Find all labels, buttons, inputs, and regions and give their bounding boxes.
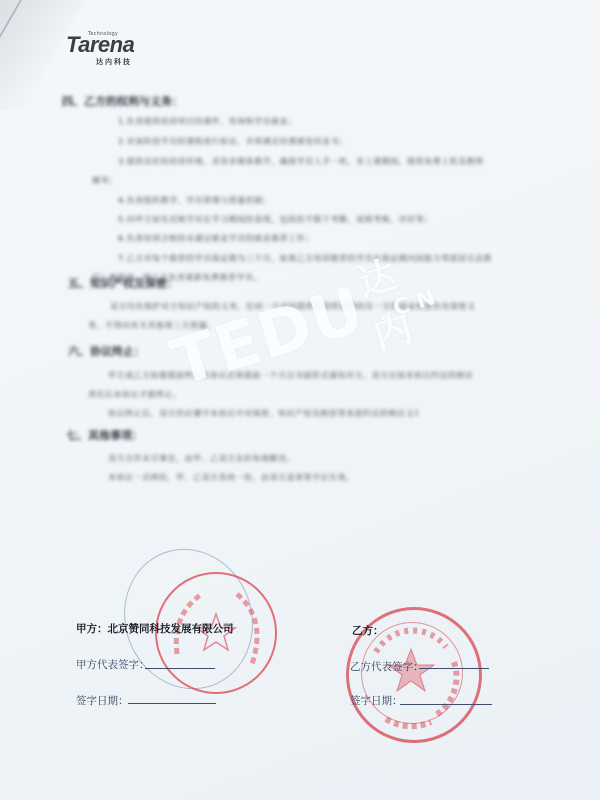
section-line: 甲方或乙方如要提前终止本协议必须提前一个月以书面形式通知对方，双方应按本协议约定… <box>108 370 518 381</box>
party-a-label: 甲方：北京赞同科技发展有限公司 <box>76 621 234 636</box>
section-line: 4.负责组织教学、学员管理与质量控制； <box>118 195 318 206</box>
party-a-date-label: 签字日期： <box>76 693 129 708</box>
section-line: 1.负责提供培训项目的课件、咨询和学员就业； <box>118 116 378 127</box>
section-line: 6.负责培训合格的未通过就业学员的就业推荐工作； <box>118 233 348 244</box>
document-page: Technology Tarena 达内科技 四、乙方的权利与义务： 1.负责提… <box>0 0 600 800</box>
section-line: 双方合作未尽事宜，由甲、乙双方友好协商解决。 <box>108 453 338 464</box>
logo-chinese: 达内科技 <box>96 57 132 67</box>
section-heading-7: 七、其他事项： <box>66 427 143 443</box>
section-heading-4: 四、乙方的权利与义务： <box>62 93 183 109</box>
party-b-label: 乙方： <box>352 623 384 638</box>
party-a-rep-label: 甲方代表签字： <box>76 657 150 672</box>
party-b-rep-label: 乙方代表签字： <box>350 659 424 674</box>
section-line: 5.向甲方如实反映学员在学习期间的表现，包括但不限于考勤、成绩考核、评价等； <box>118 214 468 225</box>
party-a-date-line[interactable] <box>128 703 216 704</box>
section-line: 协议终止后，双方仍应遵守本协议中对保密、知识产权及赔偿等条款约定的相应义务与责任… <box>108 408 418 419</box>
section-heading-5: 五、知识产权及保密： <box>68 275 178 291</box>
section-line: 辅导； <box>92 175 132 186</box>
section-line: 7.乙方对每个推荐的学员保证期为三个月，如果乙方培训推荐的学员在保证期内因能力等… <box>118 253 522 264</box>
party-a-rep-signature-line[interactable] <box>145 668 215 669</box>
section-line: 3.提供良好的培训环境，采用多媒体教学，确保学员人手一机，非上课期间，提供免费上… <box>118 156 522 167</box>
watermark-main: TEDU <box>163 273 373 401</box>
logo-wordmark: Tarena <box>66 32 134 58</box>
section-line: 本协议一式两份，甲、乙双方各持一份，由双方盖章签字后生效。 <box>108 472 378 483</box>
tedu-watermark: TEDU 达内 .CN <box>163 273 373 401</box>
party-b-date-line[interactable] <box>400 704 492 705</box>
party-b-date-label: 签字日期： <box>350 693 403 708</box>
section-line: 2.对该阶段学员的课程进行检定，并将满足结课颁发结业书； <box>118 136 398 147</box>
section-heading-6: 六、协议终止： <box>68 343 145 359</box>
party-b-rep-signature-line[interactable] <box>419 668 489 669</box>
